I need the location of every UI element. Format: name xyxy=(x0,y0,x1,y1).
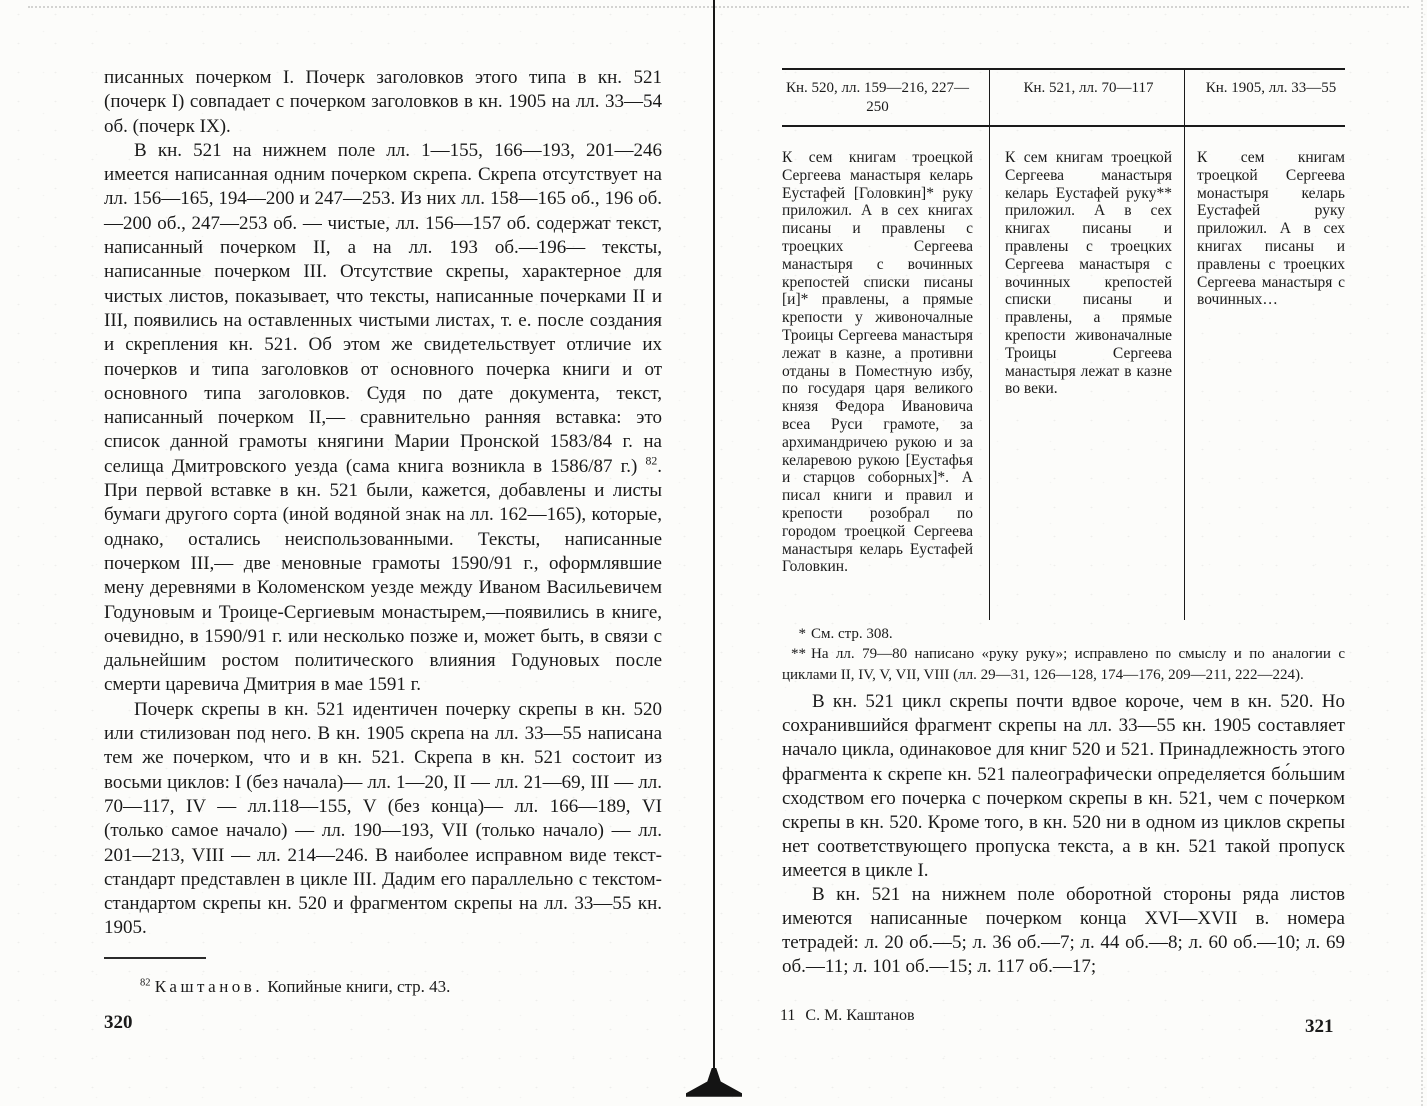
table-footnote-2: **На лл. 79—80 написано «руку руку»; исп… xyxy=(782,644,1345,685)
cell-text: К сем книгам троецкой Сергеева манастыря… xyxy=(782,149,973,576)
footnote-marker: 82 xyxy=(140,977,151,988)
book-gutter-ink-blob xyxy=(686,1068,742,1098)
left-page-footnote: 82 Каштанов. Копийные книги, стр. 43. xyxy=(104,976,662,998)
table-cell-kn1905: К сем книгам троецкой Сергеева монастыря… xyxy=(1185,127,1345,620)
paragraph-text: . При первой вставке в кн. 521 были, каж… xyxy=(104,456,662,696)
table-header-row: Кн. 520, лл. 159—216, 227—250 Кн. 521, л… xyxy=(782,70,1345,127)
paragraph-text: В кн. 521 на нижнем поле лл. 1—155, 166—… xyxy=(104,140,662,477)
table-body-row: К сем книгам троецкой Сергеева манастыря… xyxy=(782,127,1345,620)
table-header-kn521: Кн. 521, лл. 70—117 xyxy=(990,70,1185,125)
table-footnotes: *См. стр. 308. **На лл. 79—80 написано «… xyxy=(782,624,1345,685)
table-cell-kn520: К сем книгам троецкой Сергеева манастыря… xyxy=(782,127,990,620)
table-header-kn520: Кн. 520, лл. 159—216, 227—250 xyxy=(782,70,990,125)
table-header-kn1905: Кн. 1905, лл. 33—55 xyxy=(1185,70,1345,125)
signature-author: С. М. Каштанов xyxy=(805,1007,914,1024)
paragraph-text: писанных почерком I. Почерк заголовков э… xyxy=(104,67,662,137)
footnote-separator-rule xyxy=(104,957,206,959)
footnote-author: Каштанов. xyxy=(155,977,263,996)
right-page-text-block: В кн. 521 цикл скрепы почти вдвое короче… xyxy=(782,690,1345,979)
footnote-reference-82: 82 xyxy=(645,454,657,467)
comparison-table: Кн. 520, лл. 159—216, 227—250 Кн. 521, л… xyxy=(782,68,1345,620)
printer-signature-line: 11С. М. Каштанов xyxy=(780,1007,915,1025)
paragraph-text: В кн. 521 на нижнем поле оборотной сторо… xyxy=(782,884,1345,977)
scan-noise-right-edge xyxy=(1421,0,1423,1106)
footnote-text: Копийные книги, стр. 43. xyxy=(267,977,450,996)
right-paragraph-2: В кн. 521 на нижнем поле оборотной сторо… xyxy=(782,883,1345,979)
footnote-marker: * xyxy=(782,624,811,644)
cell-text: К сем книгам троецкой Сергеева манастыря… xyxy=(1005,149,1172,398)
page-number-320: 320 xyxy=(104,1012,133,1034)
footnote-text: На лл. 79—80 написано «руку руку»; испра… xyxy=(782,646,1345,682)
cell-text: К сем книгам троецкой Сергеева монастыря… xyxy=(1197,149,1345,309)
paragraph-text: Почерк скрепы в кн. 521 идентичен почерк… xyxy=(104,699,662,939)
left-paragraph-continuation: писанных почерком I. Почерк заголовков э… xyxy=(104,66,662,139)
right-paragraph-1: В кн. 521 цикл скрепы почти вдвое короче… xyxy=(782,690,1345,883)
table-cell-kn521: К сем книгам троецкой Сергеева манастыря… xyxy=(990,127,1185,620)
book-spread-scan: писанных почерком I. Почерк заголовков э… xyxy=(0,0,1427,1106)
page-number-321: 321 xyxy=(1305,1016,1334,1038)
footnote-marker: ** xyxy=(782,644,811,664)
footnote-text: См. стр. 308. xyxy=(811,626,893,642)
left-paragraph-2: В кн. 521 на нижнем поле лл. 1—155, 166—… xyxy=(104,139,662,698)
left-page-text-block: писанных почерком I. Почерк заголовков э… xyxy=(104,66,662,941)
book-gutter-line xyxy=(713,0,715,1082)
signature-number: 11 xyxy=(780,1007,805,1024)
scan-noise-top xyxy=(28,6,1409,8)
right-page-block: Кн. 520, лл. 159—216, 227—250 Кн. 521, л… xyxy=(782,68,1345,979)
paragraph-text: В кн. 521 цикл скрепы почти вдвое короче… xyxy=(782,691,1345,881)
table-footnote-1: *См. стр. 308. xyxy=(782,624,1345,644)
left-paragraph-3: Почерк скрепы в кн. 521 идентичен почерк… xyxy=(104,698,662,941)
